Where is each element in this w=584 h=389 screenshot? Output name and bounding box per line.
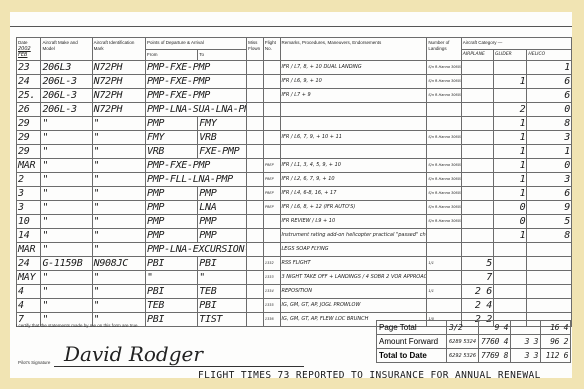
cell-date: 3 (17, 201, 41, 215)
cell-heli: 0 (527, 159, 572, 173)
cell-to: FMY (198, 117, 247, 131)
cell-glider: 1 (494, 145, 527, 159)
cell-model: " (41, 173, 92, 187)
cell-model: " (41, 299, 92, 313)
cell-miss (247, 285, 264, 299)
cell-glider: 2 (494, 103, 527, 117)
cell-glider (494, 285, 527, 299)
cell-airplane (461, 145, 493, 159)
cell-flight (263, 75, 280, 89)
cell-glider: 1 (494, 229, 527, 243)
cell-flight: PREP (263, 187, 280, 201)
cell-airplane: 5 (461, 257, 493, 271)
cell-from: PMP-FXE-PMP (145, 89, 246, 103)
table-row: 24206L-3N72PHPMP-FXE-PMPIFR / L6, 9, + 1… (17, 75, 572, 89)
cell-endorse: 1/1 (427, 257, 461, 271)
cell-flight: PREP (263, 201, 280, 215)
cell-model: " (41, 131, 92, 145)
header-cat-glider: GLIDER (494, 49, 527, 61)
handwritten-note: FLIGHT TIMES 73 REPORTED TO INSURANCE FO… (198, 370, 541, 381)
cell-to: " (198, 271, 247, 285)
cell-remarks: IFR / L6, 8, + 12 (IFR AUTO'S) (280, 201, 427, 215)
header-miss-flown: Miss Flown (247, 38, 264, 61)
header-date: Date 2002 FEB (17, 38, 41, 61)
cell-endorse: S/n R.Hanna 3060547CFII 12/01 (427, 89, 461, 103)
cell-from: PMP-LNA-SUA-LNA-PMP (145, 103, 246, 117)
cell-from: PMP-LNA-EXCURSION-PMP (145, 243, 246, 257)
cell-miss (247, 271, 264, 285)
cell-airplane (461, 215, 493, 229)
header-from: From (145, 49, 197, 61)
table-row: 26206L-3N72PHPMP-LNA-SUA-LNA-PMP20 (17, 103, 572, 117)
header-flight-no: Flight No. (263, 38, 280, 61)
cell-model: " (41, 145, 92, 159)
cell-flight (263, 243, 280, 257)
cell-from: PMP (145, 187, 197, 201)
cell-flight (263, 89, 280, 103)
cell-miss (247, 215, 264, 229)
pilot-signature: David Rodger (64, 342, 203, 366)
cell-date: 29 (17, 117, 41, 131)
cell-heli: 0 (527, 103, 572, 117)
table-row: MAY 3""""13333 NIGHT TAKE OFF + LANDINGS… (17, 271, 572, 285)
cell-model: " (41, 159, 92, 173)
cell-ident: N908JC (92, 257, 145, 271)
cell-heli: 3 (527, 131, 572, 145)
cell-glider (494, 271, 527, 285)
cell-from: VRB (145, 145, 197, 159)
cell-heli: 9 (527, 201, 572, 215)
header-cat-helicopter: HELICO (527, 49, 572, 61)
cell-ident: N72PH (92, 103, 145, 117)
cell-heli: 6 (527, 75, 572, 89)
page-total-row: Page Total 3/2 9 4 16 4 (377, 321, 571, 335)
cell-remarks (280, 103, 427, 117)
cell-glider (494, 89, 527, 103)
cell-endorse: S/n R.Hanna 3060547CFII 12/01 (427, 159, 461, 173)
header-category: Aircraft Category — (461, 38, 571, 50)
cell-glider: 1 (494, 131, 527, 145)
cell-model: G-1159B (41, 257, 92, 271)
cell-remarks: Instrument rating add-on helicopter prac… (280, 229, 427, 243)
cell-remarks: IG, GM, GT, AP, JOGL PROWLOW (280, 299, 427, 313)
cell-ident: " (92, 243, 145, 257)
total-to-date-row: Total to Date 6292 5326 7769 8 3 3 112 6 (377, 349, 571, 363)
table-row: 29""PMPFMY18 (17, 117, 572, 131)
header-aircraft-id: Aircraft Identification Mark (92, 38, 145, 61)
cell-date: 29 (17, 145, 41, 159)
cell-date: 25. (17, 89, 41, 103)
cell-flight: 1332 (263, 257, 280, 271)
cell-endorse: S/n R.Hanna 3060547CFII 12/01 (427, 187, 461, 201)
cell-glider (494, 61, 527, 75)
cell-date: 29 (17, 131, 41, 145)
cell-airplane: 2 4 (461, 299, 493, 313)
table-row: 3""PMPLNAPREPIFR / L6, 8, + 12 (IFR AUTO… (17, 201, 572, 215)
cell-date: 2 (17, 173, 41, 187)
cell-ident: " (92, 299, 145, 313)
cell-ident: " (92, 285, 145, 299)
cell-ident: " (92, 215, 145, 229)
cell-ident: " (92, 187, 145, 201)
cell-ident: " (92, 131, 145, 145)
cell-to: VRB (198, 131, 247, 145)
cell-glider: 0 (494, 215, 527, 229)
cell-flight: PREP (263, 173, 280, 187)
cell-heli: 6 (527, 89, 572, 103)
table-row: MAR 2""PMP-FXE-PMPPREPIFR / L1, 3, 4, 5,… (17, 159, 572, 173)
cell-heli: 6 (527, 187, 572, 201)
cell-flight (263, 131, 280, 145)
cell-to: TEB (198, 285, 247, 299)
cell-date: MAR 2 (17, 159, 41, 173)
cell-remarks: IFR / L4, 6-8, 16, + 17 (280, 187, 427, 201)
cell-date: 24 (17, 257, 41, 271)
cell-from: PMP-FLL-LNA-PMP (145, 173, 246, 187)
cell-airplane (461, 61, 493, 75)
cell-flight: 1333 (263, 271, 280, 285)
cell-from: TEB (145, 299, 197, 313)
cell-from: PMP (145, 229, 197, 243)
cell-flight: 1334 (263, 285, 280, 299)
cell-flight: PREP (263, 159, 280, 173)
cell-endorse: S/n R.Hanna 3060547CFII 12/01 (427, 75, 461, 89)
cell-airplane (461, 131, 493, 145)
cell-model: " (41, 285, 92, 299)
cell-date: 26 (17, 103, 41, 117)
table-row: MAR 1""PMP-LNA-EXCURSION-PMPLEGS SOAP FL… (17, 243, 572, 257)
cell-endorse: S/n R.Hanna 3060547CFII 12/01 (427, 61, 461, 75)
cell-flight: 1335 (263, 299, 280, 313)
cell-miss (247, 257, 264, 271)
cell-endorse: 1/1 (427, 285, 461, 299)
cell-to: PBI (198, 257, 247, 271)
cell-from: PMP-FXE-PMP (145, 159, 246, 173)
cell-from: PMP-FXE-PMP (145, 61, 246, 75)
cell-miss (247, 159, 264, 173)
cell-flight (263, 103, 280, 117)
header-remarks: Remarks, Procedures, Maneuvers, Endorsem… (280, 38, 427, 61)
cell-remarks (280, 117, 427, 131)
cell-miss (247, 89, 264, 103)
cell-ident: " (92, 271, 145, 285)
cell-miss (247, 313, 264, 327)
cell-remarks: 3 NIGHT TAKE OFF + LANDINGS / 4 SOBR 2 V… (280, 271, 427, 285)
cell-ident: " (92, 201, 145, 215)
cell-from: PMP (145, 215, 197, 229)
cell-model: 206L3 (41, 61, 92, 75)
cell-from: PBI (145, 285, 197, 299)
cell-airplane (461, 103, 493, 117)
cell-airplane: 2 6 (461, 285, 493, 299)
header-landings: Number of Landings (427, 38, 461, 61)
cell-date: MAY 3 (17, 271, 41, 285)
cell-glider: 1 (494, 187, 527, 201)
header-points: Points of Departure & Arrival (145, 38, 246, 50)
cell-model: 206L-3 (41, 103, 92, 117)
cell-flight (263, 229, 280, 243)
cell-heli: 5 (527, 215, 572, 229)
cell-glider (494, 243, 527, 257)
cell-model: " (41, 271, 92, 285)
cell-miss (247, 229, 264, 243)
cell-airplane (461, 243, 493, 257)
cell-model: " (41, 187, 92, 201)
table-row: 4""PBITEB1334REPOSITION1/12 6 (17, 285, 572, 299)
cell-date: 24 (17, 75, 41, 89)
cell-airplane (461, 173, 493, 187)
cell-ident: " (92, 145, 145, 159)
cell-heli: 1 (527, 145, 572, 159)
cell-airplane (461, 159, 493, 173)
cell-endorse: S/n R.Hanna 3060547CFII 12/01 (427, 215, 461, 229)
cell-flight (263, 145, 280, 159)
cell-endorse: S/n R.Hanna 3060547CFII 12/01 (427, 201, 461, 215)
cell-miss (247, 187, 264, 201)
cell-heli (527, 285, 572, 299)
cell-to: TIST (198, 313, 247, 327)
signature-label: Pilot's Signature (18, 360, 50, 365)
cell-ident: N72PH (92, 75, 145, 89)
cell-remarks: IFR / L7, 8, + 10 DUAL LANDING (280, 61, 427, 75)
cell-flight (263, 61, 280, 75)
cell-model: " (41, 229, 92, 243)
cell-ident: " (92, 229, 145, 243)
cell-airplane (461, 201, 493, 215)
top-rule (10, 26, 572, 27)
cell-heli: 1 (527, 61, 572, 75)
cell-date: 23 (17, 61, 41, 75)
cell-to: PMP (198, 215, 247, 229)
logbook-table: Date 2002 FEB Aircraft Make and Model Ai… (16, 37, 572, 327)
header-to: To (198, 49, 247, 61)
cell-from: PBI (145, 257, 197, 271)
cell-endorse (427, 145, 461, 159)
cell-miss (247, 173, 264, 187)
cell-ident: " (92, 117, 145, 131)
cell-from: PMP-FXE-PMP (145, 75, 246, 89)
table-row: 24G-1159BN908JCPBIPBI1332RSS FLIGHT1/15 (17, 257, 572, 271)
cell-airplane (461, 187, 493, 201)
cell-to: PMP (198, 187, 247, 201)
cell-airplane (461, 117, 493, 131)
header-row-1: Date 2002 FEB Aircraft Make and Model Ai… (17, 38, 572, 50)
cell-ident: " (92, 173, 145, 187)
cell-glider (494, 257, 527, 271)
cell-date: MAR 1 (17, 243, 41, 257)
cell-remarks: IFR REVIEW / L9 + 10 (280, 215, 427, 229)
cell-to: LNA (198, 201, 247, 215)
table-row: 4""TEBPBI1335IG, GM, GT, AP, JOGL PROWLO… (17, 299, 572, 313)
cell-ident: N72PH (92, 61, 145, 75)
cell-date: 3 (17, 187, 41, 201)
cell-endorse: S/n R.Hanna 3060547CFII 12/01 (427, 131, 461, 145)
cell-model: " (41, 117, 92, 131)
cell-miss (247, 145, 264, 159)
cell-heli (527, 243, 572, 257)
cell-from: PMP (145, 201, 197, 215)
cell-remarks: REPOSITION (280, 285, 427, 299)
cell-miss (247, 201, 264, 215)
cell-to: PMP (198, 229, 247, 243)
cell-from: PBI (145, 313, 197, 327)
cell-endorse (427, 229, 461, 243)
cell-miss (247, 61, 264, 75)
cell-flight: 1336 (263, 313, 280, 327)
cell-remarks: IFR / L6, 7, 9, + 10 + 11 (280, 131, 427, 145)
cell-ident: " (92, 159, 145, 173)
table-row: 10""PMPPMPIFR REVIEW / L9 + 10S/n R.Hann… (17, 215, 572, 229)
cell-heli (527, 299, 572, 313)
cell-endorse (427, 243, 461, 257)
cell-model: " (41, 201, 92, 215)
cell-endorse: S/n R.Hanna 3060547CFII 12/01 (427, 173, 461, 187)
signature-line (54, 366, 304, 367)
cell-from: " (145, 271, 197, 285)
cell-endorse (427, 117, 461, 131)
cell-flight (263, 117, 280, 131)
cell-model: " (41, 215, 92, 229)
logbook-page: Date 2002 FEB Aircraft Make and Model Ai… (10, 12, 572, 378)
certification-text: I certify that the statements made by me… (16, 323, 139, 328)
cell-heli: 3 (527, 173, 572, 187)
cell-glider (494, 299, 527, 313)
cell-glider: 1 (494, 75, 527, 89)
cell-to: PBI (198, 299, 247, 313)
table-row: 3""PMPPMPPREPIFR / L4, 6-8, 16, + 17S/n … (17, 187, 572, 201)
table-row: 23206L3N72PHPMP-FXE-PMPIFR / L7, 8, + 10… (17, 61, 572, 75)
table-row: 2""PMP-FLL-LNA-PMPPREPIFR / L2, 6, 7, 9,… (17, 173, 572, 187)
cell-endorse (427, 271, 461, 285)
cell-miss (247, 131, 264, 145)
cell-flight (263, 215, 280, 229)
cell-miss (247, 243, 264, 257)
cell-model: 206L-3 (41, 75, 92, 89)
header-cat-airplane: AIRPLANE (461, 49, 493, 61)
cell-remarks: RSS FLIGHT (280, 257, 427, 271)
cell-remarks: IFR / L6, 9, + 10 (280, 75, 427, 89)
cell-miss (247, 117, 264, 131)
cell-remarks: IFR / L7 + 9 (280, 89, 427, 103)
cell-date: 14 (17, 229, 41, 243)
cell-airplane: 7 (461, 271, 493, 285)
cell-heli (527, 271, 572, 285)
cell-airplane (461, 75, 493, 89)
cell-heli: 8 (527, 117, 572, 131)
cell-from: FMY (145, 131, 197, 145)
cell-model: 206L-3 (41, 89, 92, 103)
table-row: 14""PMPPMPInstrument rating add-on helic… (17, 229, 572, 243)
cell-date: 4 (17, 285, 41, 299)
table-row: 25.206L-3N72PHPMP-FXE-PMPIFR / L7 + 9S/n… (17, 89, 572, 103)
totals-table: Page Total 3/2 9 4 16 4 Amount Forward 6… (376, 320, 571, 363)
cell-remarks: LEGS SOAP FLYING (280, 243, 427, 257)
cell-to: FXE-PMP (198, 145, 247, 159)
cell-ident: N72PH (92, 89, 145, 103)
cell-heli (527, 257, 572, 271)
table-row: 29""FMYVRBIFR / L6, 7, 9, + 10 + 11S/n R… (17, 131, 572, 145)
cell-remarks: IFR / L1, 3, 4, 5, 9, + 10 (280, 159, 427, 173)
cell-remarks (280, 145, 427, 159)
table-row: 29""VRBFXE-PMP11 (17, 145, 572, 159)
cell-glider: 1 (494, 173, 527, 187)
cell-remarks: IFR / L2, 6, 7, 9, + 10 (280, 173, 427, 187)
cell-date: 10 (17, 215, 41, 229)
cell-miss (247, 103, 264, 117)
cell-endorse (427, 103, 461, 117)
amount-forward-row: Amount Forward 6289 5324 7760 4 3 3 96 2 (377, 335, 571, 349)
cell-heli: 8 (527, 229, 572, 243)
cell-glider: 0 (494, 201, 527, 215)
cell-miss (247, 299, 264, 313)
cell-date: 4 (17, 299, 41, 313)
cell-model: " (41, 243, 92, 257)
cell-airplane (461, 89, 493, 103)
cell-from: PMP (145, 117, 197, 131)
cell-miss (247, 75, 264, 89)
cell-airplane (461, 229, 493, 243)
cell-glider: 1 (494, 117, 527, 131)
cell-glider: 1 (494, 159, 527, 173)
cell-endorse (427, 299, 461, 313)
header-aircraft-make: Aircraft Make and Model (41, 38, 92, 61)
